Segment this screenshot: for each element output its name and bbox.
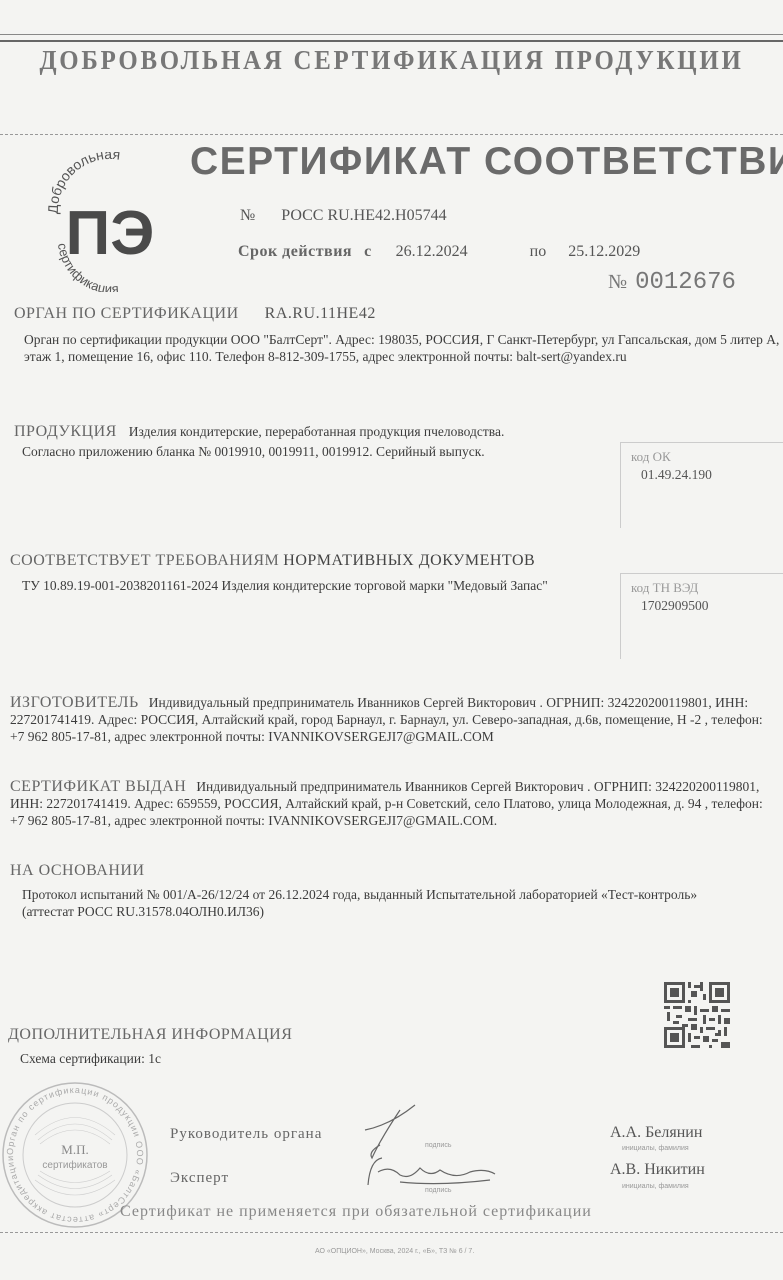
validity-to-date: 25.12.2029 bbox=[568, 243, 640, 260]
certificate-number: № РОСС RU.HE42.H05744 bbox=[240, 207, 447, 225]
expert-signature bbox=[360, 1150, 500, 1190]
tnved-code-box: код ТН ВЭД 1702909500 bbox=[620, 573, 783, 659]
basis-heading: НА ОСНОВАНИИ bbox=[10, 862, 145, 880]
expert-label: Эксперт bbox=[170, 1170, 229, 1187]
footer-note: Сертификат не применяется при обязательн… bbox=[120, 1203, 592, 1221]
head-of-organ-label: Руководитель органа bbox=[170, 1126, 322, 1143]
blank-number: №0012676 bbox=[608, 269, 736, 296]
bottom-border-line bbox=[0, 1232, 783, 1233]
stamp-center-top: М.П. bbox=[61, 1142, 88, 1157]
tnved-code-label: код ТН ВЭД bbox=[631, 580, 783, 596]
expert-name-caption: инициалы, фамилия bbox=[622, 1183, 689, 1190]
product-line2: Согласно приложению бланка № 0019910, 00… bbox=[22, 443, 485, 460]
basis-text: Протокол испытаний № 001/А-26/12/24 от 2… bbox=[22, 886, 742, 920]
organ-code: RA.RU.11НЕ42 bbox=[265, 305, 376, 322]
validity-from-label: с bbox=[364, 243, 372, 260]
product-heading: ПРОДУКЦИЯ bbox=[14, 423, 117, 440]
head-signature-caption: подпись bbox=[425, 1142, 451, 1149]
pe-logo: Добровольная сертификация ПЭ bbox=[40, 152, 180, 292]
manufacturer-section: ИЗГОТОВИТЕЛЬИндивидуальный предпринимате… bbox=[10, 694, 772, 745]
additional-text: Схема сертификации: 1с bbox=[20, 1050, 161, 1067]
validity-from-date: 26.12.2024 bbox=[396, 243, 468, 260]
pe-logo-icon: Добровольная сертификация ПЭ bbox=[40, 152, 180, 292]
signature-icon bbox=[360, 1150, 500, 1190]
head-name-caption: инициалы, фамилия bbox=[622, 1145, 689, 1152]
blank-number-label: № bbox=[608, 271, 627, 293]
expert-signature-caption: подпись bbox=[425, 1187, 451, 1194]
printer-info: АО «ОПЦИОН», Москва, 2024 г., «Б», ТЗ № … bbox=[315, 1248, 474, 1255]
manufacturer-heading: ИЗГОТОВИТЕЛЬ bbox=[10, 694, 139, 711]
logo-letters: ПЭ bbox=[66, 199, 155, 268]
number-value: РОСС RU.HE42.H05744 bbox=[281, 207, 446, 224]
norms-heading: СООТВЕТСТВУЕТ ТРЕБОВАНИЯМ НОРМАТИВНЫХ ДО… bbox=[10, 552, 535, 570]
top-border-line bbox=[0, 34, 783, 35]
validity-to-label: по bbox=[530, 243, 547, 260]
issued-to-heading: СЕРТИФИКАТ ВЫДАН bbox=[10, 778, 186, 795]
product-section: ПРОДУКЦИЯ Изделия кондитерские, перерабо… bbox=[14, 423, 614, 441]
header-divider bbox=[0, 134, 783, 135]
voluntary-certification-title: ДОБРОВОЛЬНАЯ СЕРТИФИКАЦИЯ ПРОДУКЦИИ bbox=[31, 45, 751, 76]
certificate-title: СЕРТИФИКАТ СООТВЕТСТВИЯ bbox=[190, 140, 783, 184]
blank-number-value: 0012676 bbox=[635, 269, 736, 296]
stamp-center-bottom: сертификатов bbox=[42, 1159, 107, 1171]
number-label: № bbox=[240, 207, 255, 224]
okpd-code-box: код ОК 01.49.24.190 bbox=[620, 442, 783, 528]
head-name: А.А. Белянин bbox=[610, 1124, 702, 1142]
organ-heading: ОРГАН ПО СЕРТИФИКАЦИИ bbox=[14, 305, 239, 322]
okpd-code-label: код ОК bbox=[631, 449, 783, 465]
tnved-code-value: 1702909500 bbox=[641, 598, 783, 614]
expert-name: А.В. Никитин bbox=[610, 1161, 705, 1179]
product-line1: Изделия кондитерские, переработанная про… bbox=[129, 424, 505, 439]
issued-to-section: СЕРТИФИКАТ ВЫДАНИндивидуальный предприни… bbox=[10, 778, 772, 829]
qr-code[interactable] bbox=[664, 982, 730, 1048]
validity-label: Срок действия bbox=[238, 243, 352, 260]
norms-heading-dark: НОРМАТИВНЫХ ДОКУМЕНТОВ bbox=[283, 552, 535, 569]
okpd-code-value: 01.49.24.190 bbox=[641, 467, 783, 483]
norms-heading-light: СООТВЕТСТВУЕТ ТРЕБОВАНИЯМ bbox=[10, 552, 279, 569]
additional-heading: ДОПОЛНИТЕЛЬНАЯ ИНФОРМАЦИЯ bbox=[8, 1026, 292, 1044]
norms-text: ТУ 10.89.19-001-2038201161-2024 Изделия … bbox=[22, 577, 592, 594]
organ-details: Орган по сертификации продукции ООО "Бал… bbox=[24, 331, 782, 365]
validity-period: Срок действия с 26.12.2024 по 25.12.2029 bbox=[238, 243, 640, 261]
qr-code-icon bbox=[664, 982, 730, 1048]
top-border-line bbox=[0, 40, 783, 42]
organ-section: ОРГАН ПО СЕРТИФИКАЦИИ RA.RU.11НЕ42 bbox=[14, 305, 376, 323]
